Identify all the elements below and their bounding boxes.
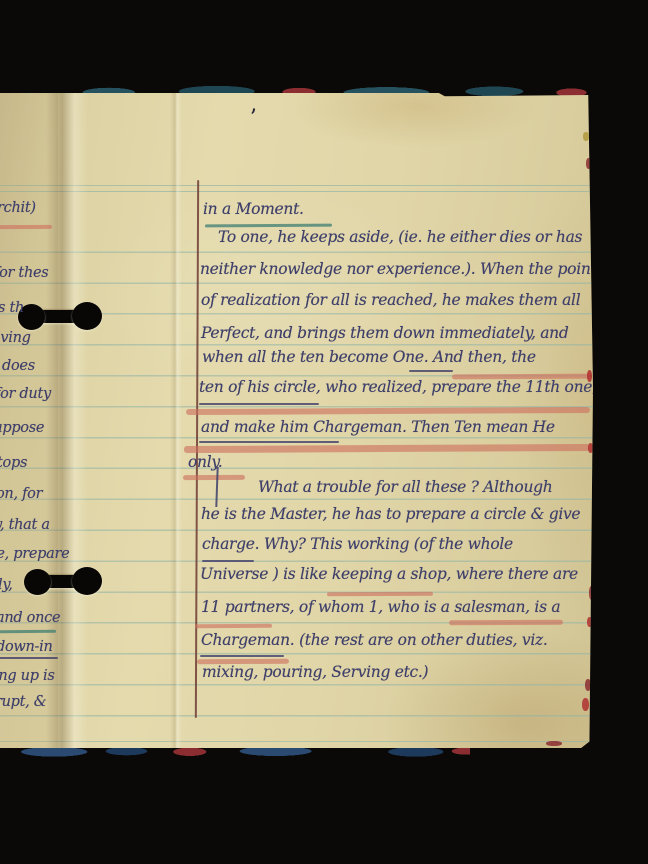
red-underline <box>327 592 433 597</box>
left-fragment: tops <box>0 455 27 471</box>
edge-speck <box>588 443 593 453</box>
handwritten-line: What a trouble for all these ? Although <box>258 478 552 496</box>
left-fragment: for thes <box>0 265 48 281</box>
left-fragment: ing up is <box>0 668 54 684</box>
edge-speck <box>587 370 592 382</box>
photo-black-background: ’ rchit) for thes s th iving does for du… <box>0 0 648 864</box>
handwritten-line: charge. Why? This working (of the whole <box>202 535 513 553</box>
header-double-rule <box>0 185 593 192</box>
left-fragment: appose <box>0 420 44 436</box>
left-fragment: rchit) <box>0 200 36 216</box>
left-fragment: iving <box>0 330 31 346</box>
handwritten-line: when all the ten become One. And then, t… <box>202 348 536 366</box>
handwritten-line: of realization for all is reached, he ma… <box>201 291 580 309</box>
left-fragment: s th <box>0 300 24 316</box>
red-underline <box>197 659 289 664</box>
red-underline <box>183 475 245 480</box>
punch-hole-circle <box>72 302 102 330</box>
handwritten-line: Chargeman. (the rest are on other duties… <box>201 631 548 649</box>
left-fragment: does <box>2 358 35 374</box>
red-underline <box>0 225 52 229</box>
left-fragment: rupt, & <box>0 694 46 710</box>
red-underline <box>449 620 563 625</box>
red-underline <box>452 374 592 380</box>
ink-underline <box>199 441 339 443</box>
ink-underline-charge <box>202 560 254 562</box>
handwritten-line: 11 partners, of whom 1, who is a salesma… <box>201 598 560 616</box>
left-fragment: le, prepare <box>0 546 69 562</box>
notebook-page: ’ rchit) for thes s th iving does for du… <box>0 93 593 748</box>
ink-underline-one <box>409 370 453 372</box>
red-underline <box>195 624 272 628</box>
left-fragment: on, for <box>0 486 42 502</box>
left-fragment: and once <box>0 610 60 626</box>
handwritten-line: and make him Chargeman. Then Ten mean He <box>201 418 555 436</box>
left-fragment: ly, <box>0 577 13 593</box>
handwritten-line: neither knowledge nor experience.). When… <box>200 260 596 278</box>
edge-speck <box>582 698 589 711</box>
edge-speck <box>585 679 591 691</box>
edge-speck <box>546 741 562 746</box>
edge-speck <box>589 586 594 600</box>
punch-hole-top <box>18 301 102 331</box>
handwritten-line: ten of his circle, who realized, prepare… <box>199 378 597 396</box>
left-fragment: down-in <box>0 639 53 655</box>
edge-speck <box>583 132 589 141</box>
handwritten-line: mixing, pouring, Serving etc.) <box>202 663 428 681</box>
left-fragment: y, that a <box>0 517 50 533</box>
handwritten-line: he is the Master, he has to prepare a ci… <box>201 505 580 523</box>
punch-hole-circle <box>24 569 51 595</box>
vertical-crease <box>170 93 182 748</box>
punch-hole-bottom <box>24 566 102 596</box>
edge-speck <box>587 617 592 627</box>
handwritten-line: Universe ) is like keeping a shop, where… <box>200 565 578 583</box>
ink-underline-chargeman <box>200 655 284 657</box>
punch-hole-circle <box>72 567 102 595</box>
left-fragment: for duty <box>0 386 51 402</box>
handwritten-line: in a Moment. <box>203 200 304 218</box>
handwritten-line: To one, he keeps aside, (ie. he either d… <box>218 228 582 246</box>
teal-underline <box>0 630 56 633</box>
ink-underline <box>199 403 319 405</box>
handwritten-line: Perfect, and brings them down immediatel… <box>201 324 568 342</box>
ruled-line <box>0 741 593 742</box>
edge-speck <box>586 158 591 169</box>
stray-ink-mark: ’ <box>250 105 256 129</box>
ink-underline <box>0 657 58 659</box>
